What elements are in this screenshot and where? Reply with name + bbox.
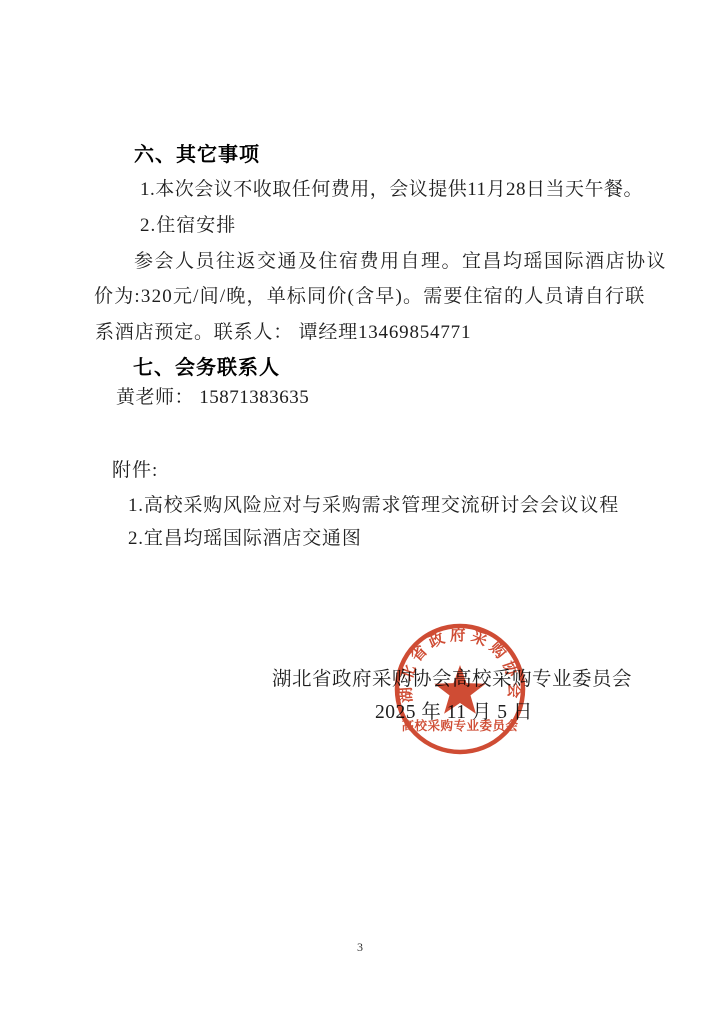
section-heading-contacts: 七、会务联系人: [133, 351, 280, 380]
signature-date: 2025 年 11 月 5 日: [375, 696, 533, 724]
document-page: 六、其它事项 1.本次会议不收取任何费用，会议提供11月28日当天午餐。 2.住…: [0, 0, 720, 1018]
paragraph-accommodation-line3: 系酒店预定。联系人： 谭经理13469854771: [95, 317, 471, 344]
attachment-item-2: 2.宜昌均瑶国际酒店交通图: [128, 523, 362, 550]
paragraph-accommodation-line2: 价为:320元/间/晚，单标同价(含早)。需要住宿的人员请自行联: [94, 281, 645, 308]
item-accommodation-heading: 2.住宿安排: [140, 210, 236, 237]
signature-organization: 湖北省政府采购协会高校采购专业委员会: [272, 663, 632, 691]
page-number: 3: [352, 940, 368, 955]
paragraph-accommodation-line1: 参会人员往返交通及住宿费用自理。宜昌均瑶国际酒店协议: [134, 246, 667, 273]
section-heading-other-matters: 六、其它事项: [134, 138, 260, 167]
attachment-item-1: 1.高校采购风险应对与采购需求管理交流研讨会会议议程: [128, 490, 619, 517]
attachments-label: 附件:: [112, 455, 158, 482]
item-fee-notice: 1.本次会议不收取任何费用，会议提供11月28日当天午餐。: [140, 174, 643, 201]
contact-info: 黄老师： 15871383635: [116, 382, 309, 409]
